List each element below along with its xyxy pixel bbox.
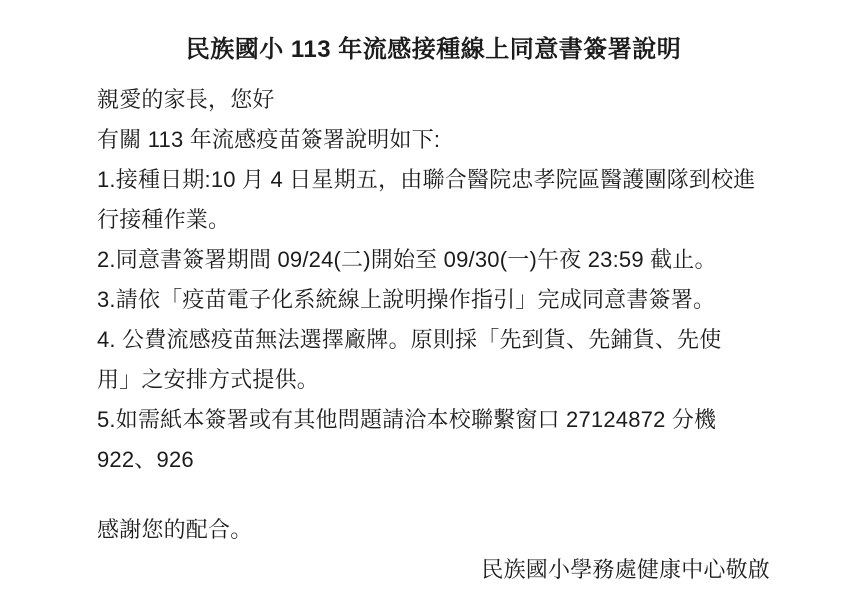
document-line: 922、926 xyxy=(97,440,770,480)
closing-line: 感謝您的配合。 xyxy=(97,510,770,550)
document-line: 1.接種日期:10 月 4 日星期五，由聯合醫院忠孝院區醫護團隊到校進 xyxy=(97,160,770,200)
document-title: 民族國小 113 年流感接種線上同意書簽署說明 xyxy=(97,34,770,66)
greeting-line: 親愛的家長，您好 xyxy=(97,80,770,120)
document-line: 用」之安排方式提供。 xyxy=(97,360,770,400)
intro-line: 有關 113 年流感疫苗簽署說明如下: xyxy=(97,120,770,160)
document-line: 2.同意書簽署期間 09/24(二)開始至 09/30(一)午夜 23:59 截… xyxy=(97,240,770,280)
document: 民族國小 113 年流感接種線上同意書簽署說明 親愛的家長，您好 有關 113 … xyxy=(0,0,865,598)
document-line: 行接種作業。 xyxy=(97,200,770,240)
document-line: 5.如需紙本簽署或有其他問題請洽本校聯繫窗口 27124872 分機 xyxy=(97,400,770,440)
document-line: 4. 公費流感疫苗無法選擇廠牌。原則採「先到貨、先鋪貨、先使 xyxy=(97,320,770,360)
document-line: 3.請依「疫苗電子化系統線上說明操作指引」完成同意書簽署。 xyxy=(97,280,770,320)
signature-line: 民族國小學務處健康中心敬啟 xyxy=(97,550,770,590)
